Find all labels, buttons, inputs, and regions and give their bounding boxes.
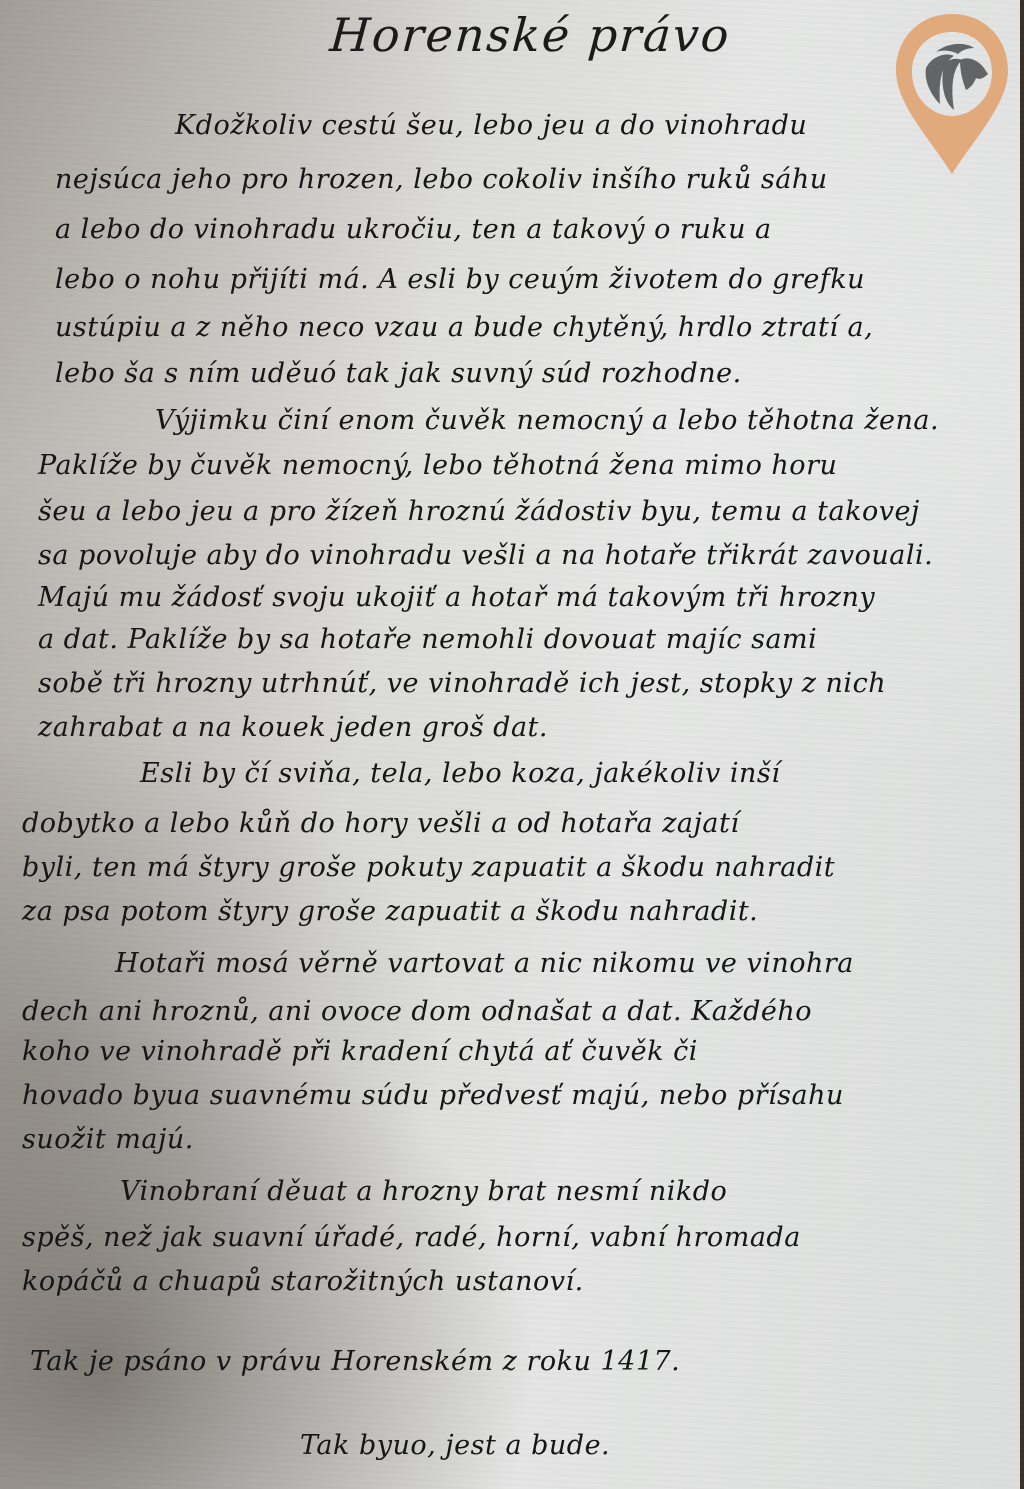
text-line: Esli by čí sviňa, tela, lebo koza, jakék… xyxy=(140,758,780,789)
text-line: a dat. Paklíže by sa hotaře nemohli dovo… xyxy=(38,624,817,655)
text-line: Majú mu žádosť svoju ukojiť a hotař má t… xyxy=(38,582,875,613)
text-line: Tak je psáno v právu Horenském z roku 14… xyxy=(30,1346,680,1377)
text-line: Kdožkoliv cestú šeu, lebo jeu a do vinoh… xyxy=(175,110,807,141)
text-line: a lebo do vinohradu ukročiu, ten a takov… xyxy=(55,214,772,245)
closing-line: Tak byuo, jest a bude. xyxy=(300,1430,610,1461)
text-line: spěš, než jak suavní úřadé, radé, horní,… xyxy=(22,1222,801,1253)
lion-map-pin-logo-icon xyxy=(888,8,1016,178)
text-line: byli, ten má štyry groše pokuty zapuatit… xyxy=(22,852,835,883)
text-line: lebo o nohu přijíti má. A esli by ceuým … xyxy=(55,264,865,295)
text-line: Vinobraní děuat a hrozny brat nesmí nikd… xyxy=(120,1176,727,1207)
text-line: ustúpiu a z něho neco vzau a bude chytěn… xyxy=(55,312,873,343)
text-line: hovado byua suavnému súdu předvesť majú,… xyxy=(22,1080,844,1111)
text-line: šeu a lebo jeu a pro žízeň hroznú žádost… xyxy=(38,496,920,527)
document-title: Horenské právo xyxy=(328,8,732,62)
text-line: koho ve vinohradě při kradení chytá ať č… xyxy=(22,1036,698,1067)
text-line: kopáčů a chuapů starožitných ustanoví. xyxy=(22,1266,584,1297)
text-line: zahrabat a na kouek jeden groš dat. xyxy=(38,712,548,743)
text-line: za psa potom štyry groše zapuatit a škod… xyxy=(22,896,758,927)
text-line: suožit majú. xyxy=(22,1124,194,1155)
frame-edge xyxy=(1020,0,1024,1489)
text-line: dech ani hroznů, ani ovoce dom odnašat a… xyxy=(22,996,812,1027)
text-line: Výjimku činí enom čuvěk nemocný a lebo t… xyxy=(155,405,939,436)
text-line: sobě tři hrozny utrhnúť, ve vinohradě ic… xyxy=(38,668,886,699)
text-line: sa povoluje aby do vinohradu vešli a na … xyxy=(38,540,933,571)
text-line: Hotaři mosá věrně vartovat a nic nikomu … xyxy=(115,948,854,979)
text-line: lebo ša s ním uděuó tak jak suvný súd ro… xyxy=(55,358,742,389)
text-line: nejsúca jeho pro hrozen, lebo cokoliv in… xyxy=(55,164,828,195)
text-line: dobytko a lebo kůň do hory vešli a od ho… xyxy=(22,808,739,839)
text-line: Paklíže by čuvěk nemocný, lebo těhotná ž… xyxy=(38,450,837,481)
